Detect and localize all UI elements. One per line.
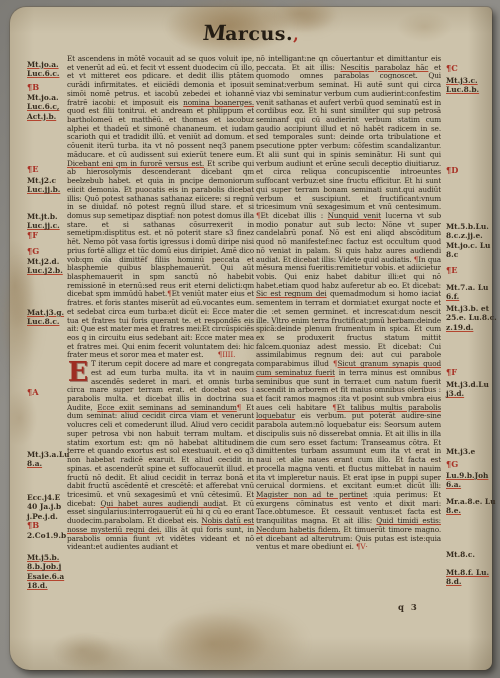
citation: Mat.j3.g.: [27, 308, 68, 317]
margin-note: Mt.j3.e: [437, 447, 492, 456]
margin-note: ¶E: [18, 165, 68, 174]
citation: Mt.5.b.Lu.: [446, 222, 492, 231]
page-title: arcus.: [225, 23, 293, 45]
margin-note: ¶G: [437, 460, 492, 469]
text-run: eis verbum. put poterāt audire-sine para…: [256, 411, 441, 490]
text-run: Et dicebat illis :: [261, 211, 328, 220]
rubricated-text: nomina boanerges.: [183, 98, 254, 107]
section-letter: ¶D: [446, 166, 492, 175]
section-letter: ¶G: [27, 247, 68, 256]
text-run: Et dum seminat: aliud cecidit circa viam…: [67, 403, 254, 508]
margin-note: Mt.jo.a.Luc.6.c,Act.j.b.: [18, 93, 68, 121]
citation: Mt.jo.a.: [27, 60, 68, 69]
citation: z.19.d.: [446, 323, 492, 332]
rubricated-text: Dicebant eni qm in furorē versus est.: [67, 159, 204, 168]
margin-note: Mt.7.a. Lu6.f.: [437, 283, 492, 302]
citation: 6.f.: [446, 292, 492, 301]
margin-note: Mt.jo.a.Luc.6.c.: [18, 60, 68, 79]
citation: 8.d.: [446, 577, 492, 586]
section-letter: ¶G: [446, 460, 492, 469]
paragraph: Et ascendens in mōtē vocauit ad se quos …: [67, 55, 254, 360]
paragraph: ET iterum cepit docere ad mare et congre…: [67, 360, 254, 552]
citation: Luc.8.c.: [27, 317, 68, 326]
rubricated-text: Nunquid venit: [328, 211, 381, 220]
photo-background: Marcus., Et ascendens in mōtē vocauit ad…: [0, 0, 500, 678]
citation: Mt.7.a. Lu: [446, 283, 492, 292]
citation: Mt.j2.c: [27, 176, 68, 185]
margin-note: ¶F: [437, 368, 492, 377]
illuminated-initial: E: [67, 361, 89, 384]
citation: 25.e. Lu.8.c.: [446, 313, 492, 322]
margin-note: Mt.8.f. Lu.8.d.: [437, 568, 492, 587]
section-letter: ¶B: [27, 521, 68, 530]
margin-note: Mt.j3.b. et25.e. Lu.8.c.z.19.d.: [437, 304, 492, 332]
citation: Ecc.j4.E: [27, 493, 68, 502]
citation: Esaie.6.a: [27, 572, 68, 581]
citation: Mt.8.c.: [446, 550, 492, 559]
parchment-stain: [58, 637, 138, 678]
margin-note: ¶B: [18, 83, 68, 92]
citation: Lu.9.b.Joh: [446, 471, 492, 480]
citation: Mt.j5.b.: [27, 553, 68, 562]
citation: Luc.jj.b.: [27, 185, 68, 194]
text-run: Et veniūt mater eius et fratres. et fori…: [67, 289, 254, 359]
book-page: Marcus., Et ascendens in mōtē vocauit ad…: [10, 7, 492, 670]
margin-note: Ecc.j4.E40 Ja.j.bj.Pe.j.d.¶B2.Co1.9.b: [18, 493, 68, 540]
section-letter: ¶F: [446, 368, 492, 377]
rubricated-text: Qui habet aures audiendi audi: [100, 499, 218, 508]
citation: Luc.6.c.: [27, 69, 68, 78]
rubricated-text: Ecce exiit seminans ad seminandum: [97, 403, 237, 412]
citation: 40 Ja.j.b: [27, 502, 68, 511]
margin-note: Mt.j3.d.Luj3.d.: [437, 380, 492, 399]
rubric-flourish: ,: [293, 25, 299, 44]
section-letter: ¶E: [27, 165, 68, 174]
citation: Mt.j2.d.: [27, 257, 68, 266]
citation: Mr.a.8.e. Lu: [446, 497, 492, 506]
text-column-right: nō intelligant:ne qn cōuertantur et dimi…: [256, 55, 441, 609]
margin-note: Mt.j3.c.Luc.8.b.: [437, 76, 492, 95]
citation: Mt.j3.d.Lu: [446, 380, 492, 389]
citation: Mt.j3.c.: [446, 76, 492, 85]
margin-note: ¶A: [18, 388, 68, 397]
margin-note: Mt.8.c.: [437, 550, 492, 559]
citation: Mt.8.f. Lu.: [446, 568, 492, 577]
citation: Luc.8.b.: [446, 85, 492, 94]
citation: Mt.jo.a.: [27, 93, 68, 102]
section-letter: ¶B: [27, 83, 68, 92]
citation: Mt.j3.a.Lu: [27, 450, 68, 459]
margin-note: ¶F: [18, 231, 68, 240]
text-column-left: Et ascendens in mōtē vocauit ad se quos …: [67, 55, 254, 609]
citation: 8.e.: [446, 506, 492, 515]
citation: Mt.j3.e: [446, 447, 492, 456]
margin-notes-right: ¶CMt.j3.c.Luc.8.b.¶DMt.5.b.Lu.8.c.z.jj.e…: [437, 7, 492, 670]
margin-notes-left: Mt.jo.a.Luc.6.c.¶BMt.jo.a.Luc.6.c,Act.j.…: [18, 7, 68, 670]
margin-note: Mt.jt.b.Luc.jj.c.: [18, 212, 68, 231]
citation: 8.b.Job.j: [27, 562, 68, 571]
text-run: quod est filii tonitrui. et andream et p…: [67, 106, 254, 159]
rubricated-text: Magister non ad te pertinet: [256, 490, 367, 499]
citation: j3.d.: [446, 389, 492, 398]
page-header: Marcus.,: [10, 20, 492, 45]
rubric-mark: ¶V·: [356, 542, 368, 551]
text-run: Et scribe qui ab hierosolymis descendera…: [67, 159, 254, 299]
citation: Act.j.b.: [27, 112, 68, 121]
citation: 8.c.z.jj.e.: [446, 231, 492, 240]
rubricated-text: Quid timidi estis:: [376, 516, 441, 525]
rubricated-text: Nescitis parabolaz hāc: [340, 63, 428, 72]
margin-note: Mt.5.b.Lu.8.c.z.jj.e.Mt.jo.c. Lu8.c: [437, 222, 492, 260]
section-letter: ¶A: [27, 388, 68, 397]
quire-signature: q 3: [398, 603, 419, 613]
text-run: et quomodo omnes parabolas cognoscet. Qu…: [256, 63, 441, 212]
citation: 8.a.: [27, 459, 68, 468]
rubricated-text: Necdum habetis fidem.: [256, 525, 340, 534]
text-run: quemadmodum si homo iaciat sementem in t…: [256, 289, 441, 368]
section-letter: ¶C: [446, 64, 492, 73]
margin-note: Mt.j2.d.Luc.j2.b.: [18, 257, 68, 276]
citation: 6.a.: [446, 480, 492, 489]
citation: Luc.6.c,: [27, 102, 68, 111]
rubricated-text: Sic est regnum dei: [256, 289, 327, 298]
margin-note: Lu.9.b.Joh6.a.: [437, 471, 492, 490]
margin-note: Mt.j5.b.8.b.Job.jEsaie.6.a18.d.: [18, 553, 68, 591]
margin-note: Mat.j3.g.Luc.8.c.: [18, 308, 68, 327]
citation: 8.c: [446, 250, 492, 259]
header-initial: M: [202, 20, 227, 45]
margin-note: ¶C: [437, 64, 492, 73]
margin-note: ¶D: [437, 166, 492, 175]
citation: Mt.jt.b.: [27, 212, 68, 221]
section-letter: ¶E: [446, 266, 492, 275]
margin-note: Mt.j3.a.Lu8.a.: [18, 450, 68, 469]
citation: Luc.j2.b.: [27, 266, 68, 275]
section-letter: ¶F: [27, 231, 68, 240]
citation: Mt.jo.c. Lu: [446, 241, 492, 250]
paragraph: nō intelligant:ne qn cōuertantur et dimi…: [256, 55, 441, 552]
margin-note: Mt.j2.cLuc.jj.b.: [18, 176, 68, 195]
parchment-stain: [160, 603, 310, 678]
citation: 18.d.: [27, 581, 68, 590]
margin-note: Mr.a.8.e. Lu8.e.: [437, 497, 492, 516]
citation: Mt.j3.b. et: [446, 304, 492, 313]
margin-note: ¶E: [437, 266, 492, 275]
margin-note: ¶G: [18, 247, 68, 256]
citation: 2.Co1.9.b: [27, 531, 68, 540]
